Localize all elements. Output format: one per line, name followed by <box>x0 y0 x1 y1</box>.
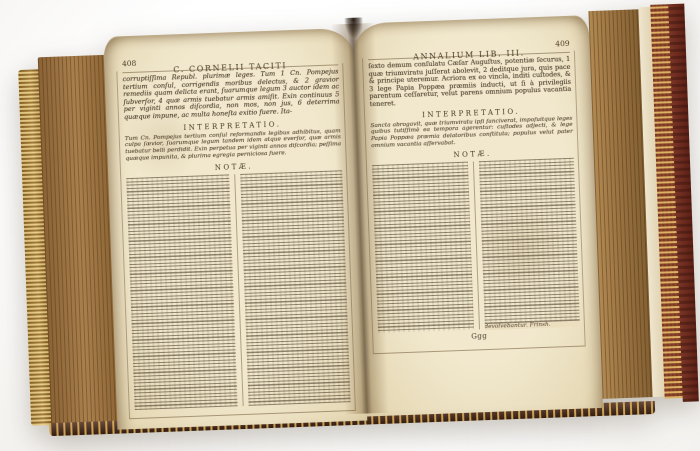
left-page-content: 408 C. CORNELII TACITI corruptiſſima Rep… <box>122 51 351 419</box>
right-page-header: ANNALIUM LIB. III. 409 <box>368 39 570 57</box>
left-interpretatio-text: Tum Cn. Pompejus tertium conſul reforman… <box>125 128 342 163</box>
right-notes-column-2: devolvebantur. Frinsh. <box>478 158 580 329</box>
right-notes-column-1 <box>372 161 474 332</box>
right-page-content: ANNALIUM LIB. III. 409 ſexto demum conſu… <box>368 39 582 364</box>
book: 408 C. CORNELII TACITI corruptiſſima Rep… <box>1 4 700 441</box>
right-notes: devolvebantur. Frinsh. <box>372 158 580 333</box>
left-page-number: 408 <box>122 59 137 69</box>
left-notes <box>126 170 350 410</box>
left-page-header: 408 C. CORNELII TACITI <box>122 51 338 70</box>
left-notes-column-1 <box>126 174 237 410</box>
right-main-text: ſexto demum conſulatu Cæſar Auguſtus, po… <box>368 56 572 109</box>
left-page: 408 C. CORNELII TACITI corruptiſſima Rep… <box>103 28 367 430</box>
right-page: ANNALIUM LIB. III. 409 ſexto demum conſu… <box>353 15 603 416</box>
left-main-text: corruptiſſima Republ. plurimæ leges. Tum… <box>123 68 341 121</box>
right-page-number: 409 <box>555 39 570 49</box>
right-interpretatio-text: Sancta abrogavit, quæ triumviratu ipſi ſ… <box>370 115 573 150</box>
photo-of-open-book: 408 C. CORNELII TACITI corruptiſſima Rep… <box>0 0 700 451</box>
left-notes-column-2 <box>240 170 351 406</box>
